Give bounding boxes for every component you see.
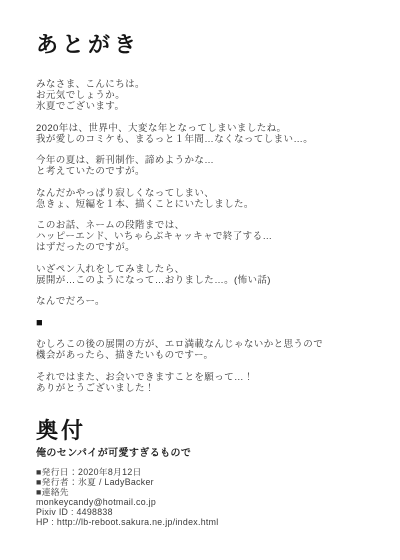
book-title: 俺のセンパイが可愛すぎるもので: [36, 448, 382, 460]
colophon-section: 奥付 俺のセンパイが可愛すぎるもので ■発行日：2020年8月12日 ■発行者：…: [36, 418, 382, 527]
black-square-icon: ■: [36, 317, 43, 329]
text-line: ありがとうございました！: [36, 383, 155, 394]
text-line: 氷夏でございます。: [36, 101, 124, 112]
text-line: いざペン入れをしてみましたら、: [36, 264, 185, 275]
text-line: 今年の夏は、新刊制作、諦めようかな…: [36, 155, 214, 166]
afterword-title: あとがき: [36, 32, 382, 58]
afterword-paragraph-closing: それではまた、お会いできますことを願って…！ ありがとうございました！: [36, 372, 382, 394]
text-line: 2020年は、世界中、大変な年となってしまいましたね。: [36, 123, 286, 134]
text-line: それではまた、お会いできますことを願って…！: [36, 372, 254, 383]
text-line: 機会があったら、描きたいものですー。: [36, 350, 213, 361]
afterword-paragraph-greeting: みなさま、こんにちは。 お元気でしょうか。 氷夏でございます。: [36, 79, 382, 112]
contact-email: monkeycandy@hotmail.co.jp: [36, 497, 382, 507]
text-line: ハッピーエンド、いちゃらぶキャッキャで終了する…: [36, 231, 272, 242]
pixiv-id-line: Pixiv ID : 4498838: [36, 507, 382, 517]
afterword-paragraph-2020: 2020年は、世界中、大変な年となってしまいましたね。 我が愛しのコミケも、まる…: [36, 123, 382, 145]
text-line: はずだったのですが。: [36, 242, 135, 253]
afterword-paragraph-future: むしろこの後の展開の方が、エロ満載なんじゃないかと思うので 機会があったら、描き…: [36, 339, 382, 361]
afterword-paragraph-why: なんでだろー。: [36, 296, 382, 307]
publication-date-line: ■発行日：2020年8月12日: [36, 467, 382, 477]
afterword-paragraph-inking: いざペン入れをしてみましたら、 展開が…このようになって…おりました…。(怖い話…: [36, 264, 382, 286]
afterword-page: あとがき みなさま、こんにちは。 お元気でしょうか。 氷夏でございます。 202…: [0, 0, 400, 560]
colophon-title: 奥付: [36, 418, 382, 444]
text-line: むしろこの後の展開の方が、エロ満載なんじゃないかと思うので: [36, 339, 323, 350]
publisher-line: ■発行者：氷夏 / LadyBacker: [36, 477, 382, 487]
afterword-paragraph-lonely: なんだかやっぱり寂しくなってしまい、 急きょ、短編を１本、描くことにいたしました…: [36, 188, 382, 210]
text-line: なんだかやっぱり寂しくなってしまい、: [36, 188, 214, 199]
text-line: みなさま、こんにちは。: [36, 79, 145, 90]
afterword-paragraph-summer: 今年の夏は、新刊制作、諦めようかな… と考えていたのですが。: [36, 155, 382, 177]
homepage-url-line: HP : http://lb-reboot.sakura.ne.jp/index…: [36, 517, 382, 527]
contact-label-line: ■連絡先: [36, 487, 382, 497]
text-line: なんでだろー。: [36, 296, 105, 307]
square-bullet-separator: ■: [36, 318, 382, 329]
text-line: このお話、ネームの段階までは、: [36, 220, 185, 231]
text-line: 我が愛しのコミケも、まるっと１年間…なくなってしまい…。: [36, 134, 313, 145]
text-line: 展開が…このようになって…おりました…。(怖い話): [36, 275, 271, 286]
text-line: 急きょ、短編を１本、描くことにいたしました。: [36, 199, 254, 210]
afterword-paragraph-name-stage: このお話、ネームの段階までは、 ハッピーエンド、いちゃらぶキャッキャで終了する……: [36, 220, 382, 253]
text-line: お元気でしょうか。: [36, 90, 125, 101]
text-line: と考えていたのですが。: [36, 166, 145, 177]
